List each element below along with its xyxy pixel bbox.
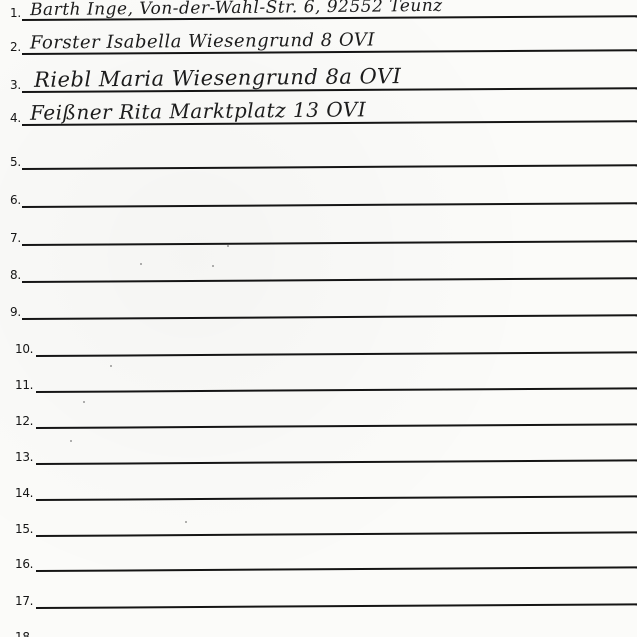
list-item: 8. <box>0 259 637 283</box>
list-item: 9. <box>0 296 637 320</box>
entry-number: 12. <box>15 414 33 428</box>
entry-number: 10. <box>15 342 33 356</box>
entry-number: 17. <box>15 594 33 608</box>
entry-line <box>36 495 637 501</box>
list-item: 7. <box>0 222 637 246</box>
list-item: 13. <box>0 441 637 465</box>
scan-speck <box>70 440 72 442</box>
entry-number: 13. <box>15 450 33 464</box>
handwritten-list-form: 1.Barth Inge, Von-der-Wahl-Str. 6, 92552… <box>0 0 637 637</box>
entry-number: 4. <box>10 111 21 125</box>
entry-number: 2. <box>10 40 21 54</box>
entry-number: 11. <box>15 378 33 392</box>
list-item: 1.Barth Inge, Von-der-Wahl-Str. 6, 92552… <box>0 0 637 21</box>
entry-number: 18. <box>15 630 33 637</box>
entry-line <box>36 351 637 357</box>
entry-line <box>22 202 637 208</box>
entry-line <box>22 277 637 283</box>
scan-speck <box>140 263 142 265</box>
list-item: 14. <box>0 477 637 501</box>
entry-line <box>22 164 637 170</box>
entry-number: 5. <box>10 155 21 169</box>
handwritten-entry: Riebl Maria Wiesengrund 8a OVI <box>34 64 402 92</box>
scan-speck <box>227 245 229 247</box>
entry-number: 9. <box>10 305 21 319</box>
list-item: 11. <box>0 369 637 393</box>
entry-number: 3. <box>10 78 21 92</box>
list-item: 2.Forster Isabella Wiesengrund 8 OVI <box>0 31 637 55</box>
entry-line <box>36 603 637 609</box>
scan-speck <box>212 265 214 267</box>
scan-speck <box>110 365 112 367</box>
list-item: 4.Feißner Rita Marktplatz 13 OVI <box>0 102 637 126</box>
list-item: 16. <box>0 548 637 572</box>
handwritten-entry: Feißner Rita Marktplatz 13 OVI <box>30 97 366 125</box>
entry-number: 1. <box>10 6 21 20</box>
entry-line <box>22 240 637 246</box>
entry-number: 6. <box>10 193 21 207</box>
entry-line <box>36 423 637 429</box>
entry-number: 14. <box>15 486 33 500</box>
handwritten-entry: Forster Isabella Wiesengrund 8 OVI <box>30 29 375 53</box>
scan-speck <box>83 401 85 403</box>
scan-speck <box>185 521 187 523</box>
list-item: 5. <box>0 146 637 170</box>
list-item: 12. <box>0 405 637 429</box>
list-item: 6. <box>0 184 637 208</box>
entry-number: 16. <box>15 557 33 571</box>
entry-line <box>36 387 637 393</box>
entry-number: 8. <box>10 268 21 282</box>
entry-line <box>36 531 637 537</box>
list-item: 18. <box>0 621 637 637</box>
list-item: 3.Riebl Maria Wiesengrund 8a OVI <box>0 69 637 93</box>
list-item: 10. <box>0 333 637 357</box>
entry-line <box>36 566 637 572</box>
list-item: 17. <box>0 585 637 609</box>
entry-line <box>36 459 637 465</box>
list-item: 15. <box>0 513 637 537</box>
entry-line <box>22 314 637 320</box>
entry-number: 15. <box>15 522 33 536</box>
entry-number: 7. <box>10 231 21 245</box>
